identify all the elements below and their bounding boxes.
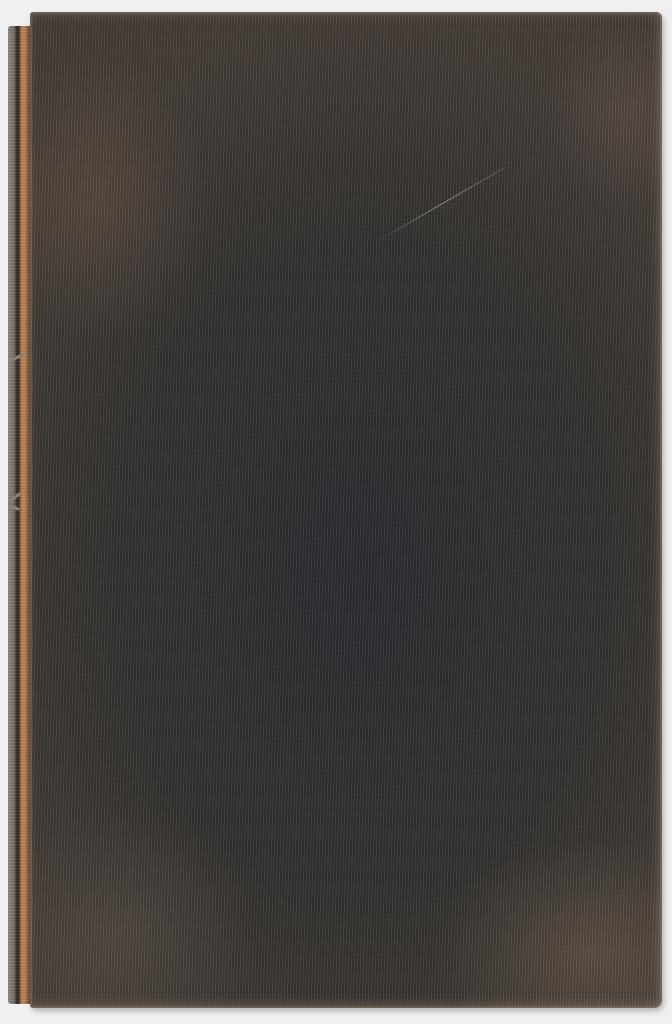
frayed-thread [9, 492, 22, 503]
book-cover [30, 12, 662, 1008]
photo-scene [0, 0, 672, 1024]
frayed-thread [8, 352, 26, 362]
worn-edges [30, 12, 662, 1008]
frayed-thread [8, 504, 20, 511]
